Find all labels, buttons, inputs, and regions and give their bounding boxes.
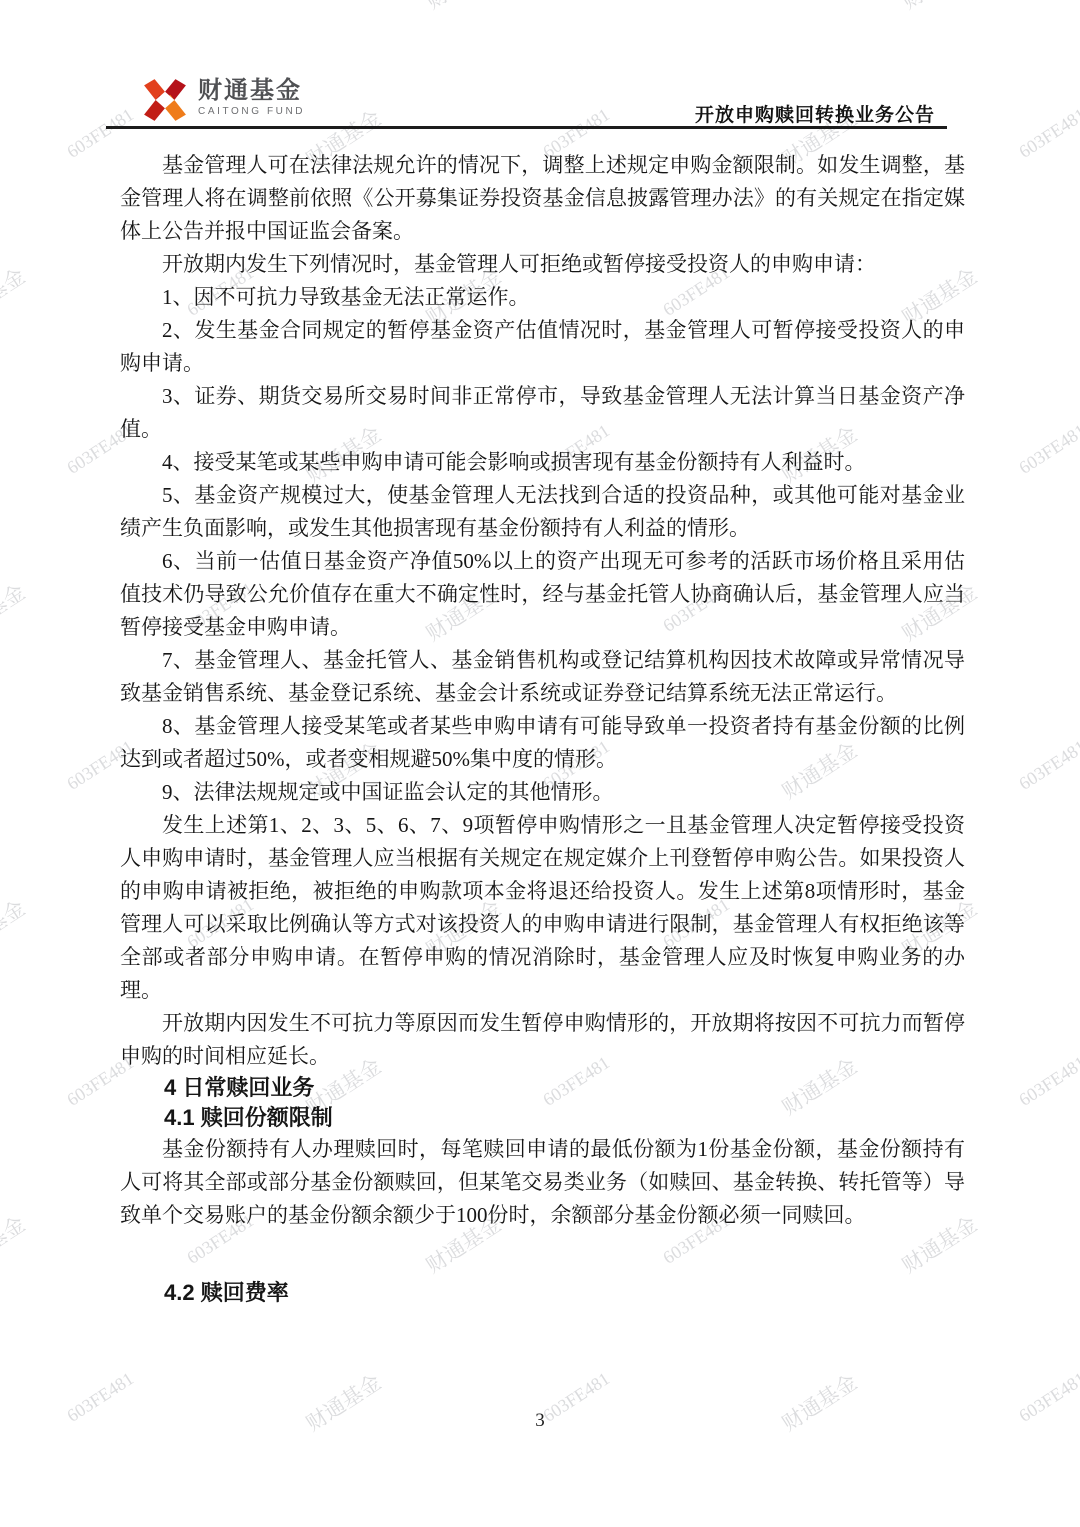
watermark-text: 财通基金 (0, 893, 30, 964)
list-item: 3、证券、期货交易所交易时间非正常停市，导致基金管理人无法计算当日基金资产净值。 (120, 380, 965, 446)
section-heading-4: 4 日常赎回业务 (120, 1073, 965, 1103)
watermark-text: 财通基金 (896, 0, 983, 15)
paragraph: 基金份额持有人办理赎回时，每笔赎回申请的最低份额为1份基金份额，基金份额持有人可… (120, 1133, 965, 1232)
logo-text-en: CAITONG FUND (198, 107, 305, 117)
watermark-text: 财通基金 (0, 0, 30, 15)
list-item: 4、接受某笔或某些申购申请可能会影响或损害现有基金份额持有人利益时。 (120, 446, 965, 479)
list-item: 1、因不可抗力导致基金无法正常运作。 (120, 281, 965, 314)
paragraph: 开放期内发生下列情况时，基金管理人可拒绝或暂停接受投资人的申购申请： (120, 248, 965, 281)
watermark-text: 603FE481 (1015, 420, 1080, 478)
document-body: 基金管理人可在法律法规允许的情况下，调整上述规定申购金额限制。如发生调整，基金管… (120, 149, 965, 1308)
paragraph: 基金管理人可在法律法规允许的情况下，调整上述规定申购金额限制。如发生调整，基金管… (120, 149, 965, 248)
list-item: 8、基金管理人接受某笔或者某些申购申请有可能导致单一投资者持有基金份额的比例达到… (120, 710, 965, 776)
list-item: 9、法律法规规定或中国证监会认定的其他情形。 (120, 776, 965, 809)
watermark-text: 603FE481 (1015, 736, 1080, 794)
caitong-fund-logo: 财通基金 CAITONG FUND (142, 79, 305, 121)
section-heading-4-2: 4.2 赎回费率 (120, 1278, 965, 1308)
list-item: 7、基金管理人、基金托管人、基金销售机构或登记结算机构因技术故障或异常情况导致基… (120, 644, 965, 710)
watermark-text: 财通基金 (0, 1209, 30, 1280)
list-item: 2、发生基金合同规定的暂停基金资产估值情况时，基金管理人可暂停接受投资人的申购申… (120, 314, 965, 380)
logo-wordmark: 财通基金 CAITONG FUND (198, 79, 305, 117)
document-title: 开放申购赎回转换业务公告 (695, 100, 935, 127)
section-heading-4-1: 4.1 赎回份额限制 (120, 1103, 965, 1133)
watermark-text: 603FE481 (659, 0, 733, 5)
paragraph: 发生上述第1、2、3、5、6、7、9项暂停申购情形之一且基金管理人决定暂停接受投… (120, 809, 965, 1007)
caitong-logo-mark-icon (142, 79, 188, 121)
watermark-text: 603FE481 (183, 0, 257, 5)
header-divider (106, 126, 947, 129)
list-item: 5、基金资产规模过大，使基金管理人无法找到合适的投资品种，或其他可能对基金业绩产… (120, 479, 965, 545)
paragraph: 开放期内因发生不可抗力等原因而发生暂停申购情形的，开放期将按因不可抗力而暂停申购… (120, 1007, 965, 1073)
watermark-text: 603FE481 (1015, 104, 1080, 162)
logo-text-cn: 财通基金 (198, 79, 305, 103)
list-item: 6、当前一估值日基金资产净值50%以上的资产出现无可参考的活跃市场价格且采用估值… (120, 545, 965, 644)
watermark-text: 财通基金 (0, 261, 30, 332)
document-page: 财通基金603FE481财通基金603FE481财通基金603FE481603F… (0, 0, 1080, 1527)
watermark-text: 财通基金 (420, 0, 507, 15)
page-number: 3 (0, 1410, 1080, 1432)
watermark-text: 603FE481 (1015, 1052, 1080, 1110)
watermark-text: 财通基金 (0, 577, 30, 648)
